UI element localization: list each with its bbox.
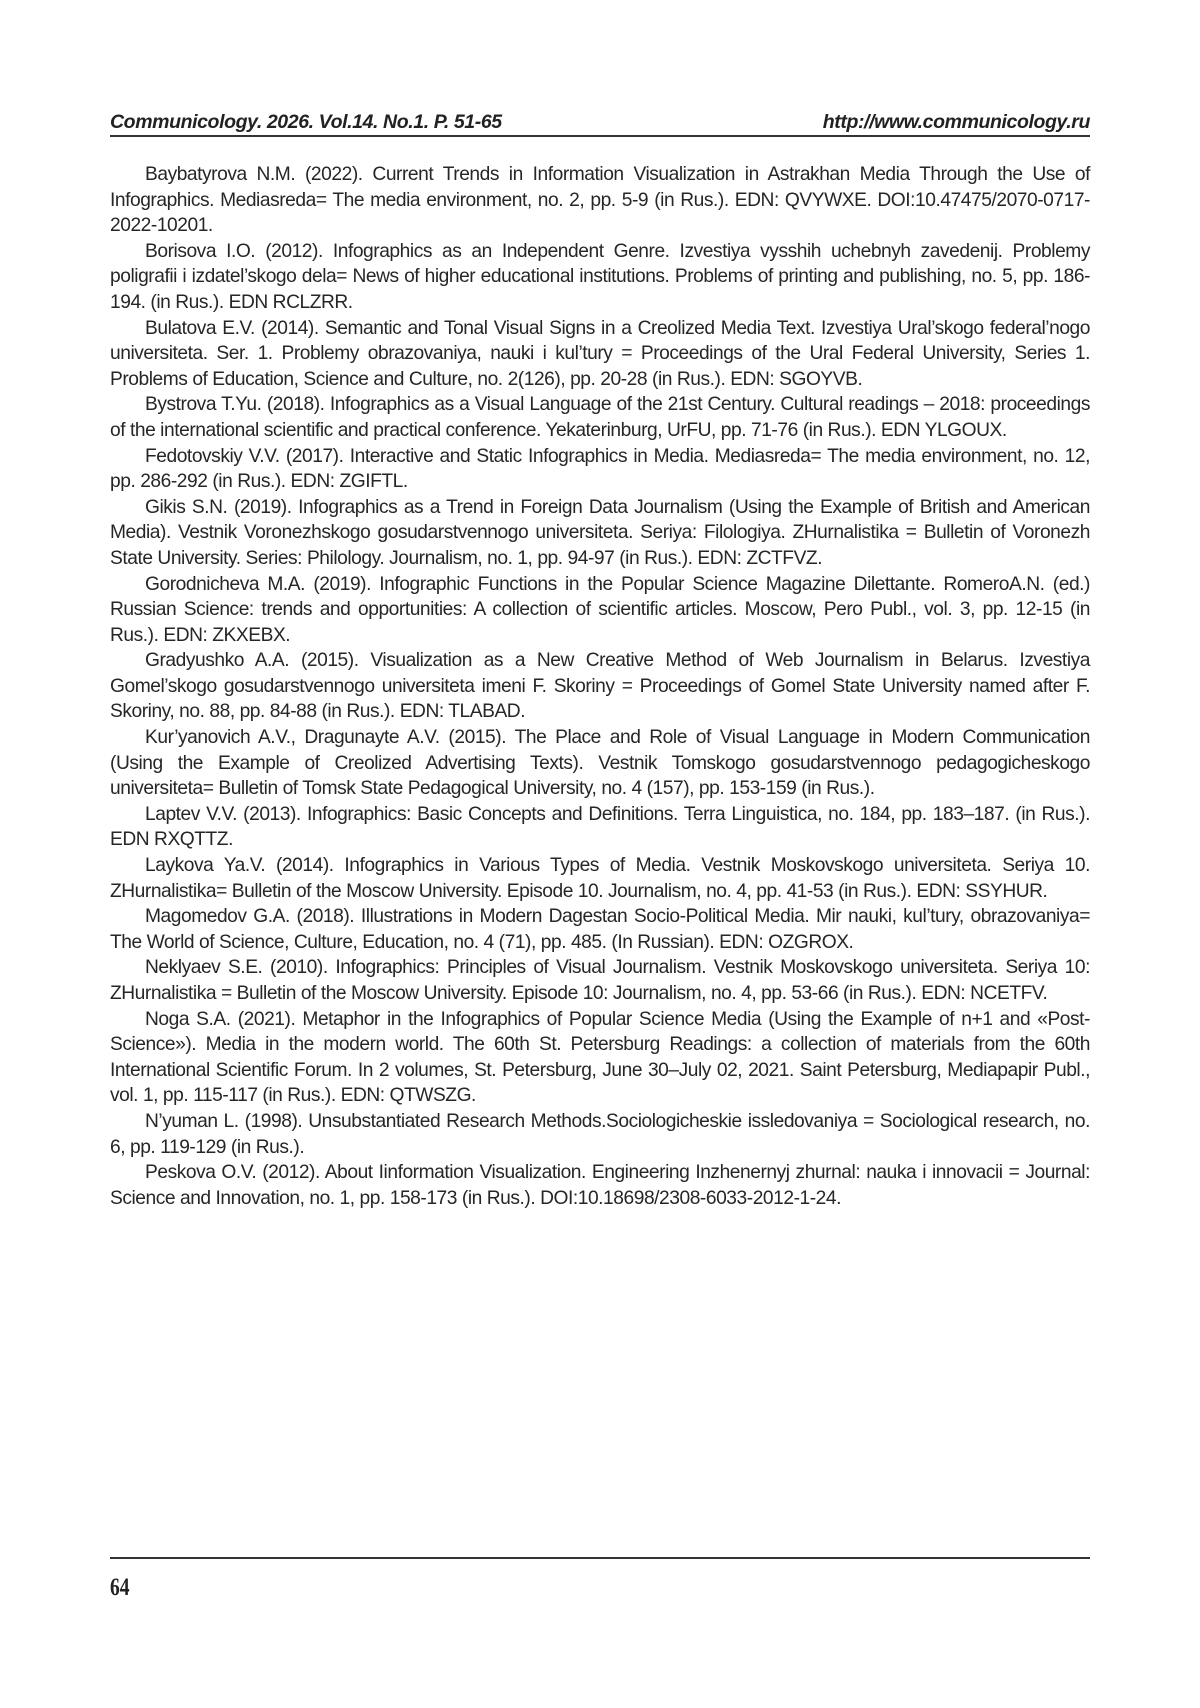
reference-entry: Noga S.A. (2021). Metaphor in the Infogr… [110,1007,1090,1109]
reference-entry: Gikis S.N. (2019). Infographics as a Tre… [110,495,1090,572]
reference-entry: Laptev V.V. (2013). Infographics: Basic … [110,802,1090,853]
reference-entry: Bulatova E.V. (2014). Semantic and Tonal… [110,316,1090,393]
page-number: 64 [110,1574,130,1602]
reference-list: Baybatyrova N.M. (2022). Current Trends … [110,162,1090,1211]
reference-entry: Borisova I.O. (2012). Infographics as an… [110,239,1090,316]
header-divider [110,135,1090,137]
reference-entry: Baybatyrova N.M. (2022). Current Trends … [110,162,1090,239]
reference-entry: N’yuman L. (1998). Unsubstantiated Resea… [110,1109,1090,1160]
footer-divider [110,1557,1090,1559]
reference-entry: Gorodnicheva M.A. (2019). Infographic Fu… [110,572,1090,649]
reference-entry: Fedotovskiy V.V. (2017). Interactive and… [110,444,1090,495]
reference-entry: Gradyushko A.A. (2015). Visualization as… [110,648,1090,725]
reference-entry: Neklyaev S.E. (2010). Infographics: Prin… [110,955,1090,1006]
reference-entry: Kur’yanovich A.V., Dragunayte A.V. (2015… [110,725,1090,802]
running-header: Communicology. 2026. Vol.14. No.1. P. 51… [110,104,1090,134]
reference-entry: Magomedov G.A. (2018). Illustrations in … [110,904,1090,955]
journal-website: http://www.communicology.ru [823,111,1090,134]
reference-entry: Peskova O.V. (2012). About Iinformation … [110,1160,1090,1211]
reference-entry: Laykova Ya.V. (2014). Infographics in Va… [110,853,1090,904]
journal-citation: Communicology. 2026. Vol.14. No.1. P. 51… [110,111,502,134]
reference-entry: Bystrova T.Yu. (2018). Infographics as a… [110,392,1090,443]
